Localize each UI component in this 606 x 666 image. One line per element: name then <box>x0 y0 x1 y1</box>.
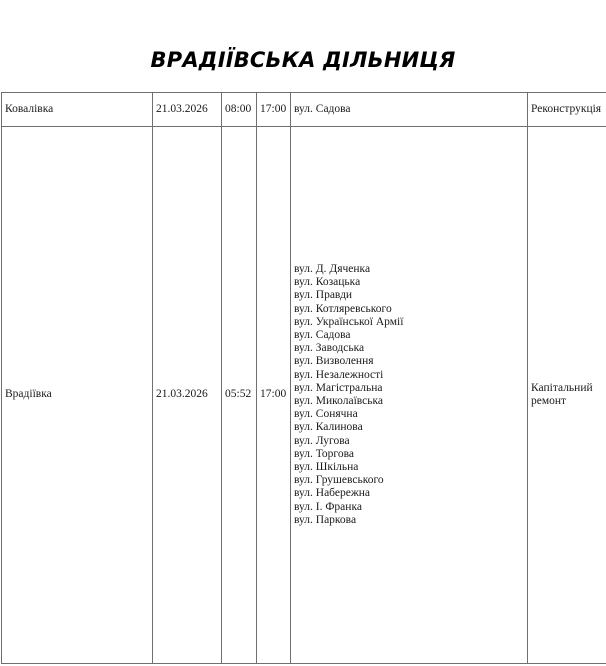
street-item: вул. Миколаївська <box>294 395 524 408</box>
street-item: вул. Паркова <box>294 514 524 527</box>
settlement-cell: Ковалівка <box>2 93 153 127</box>
streets-cell: вул. Садова <box>291 93 528 127</box>
reason-cell: Реконструкція <box>528 93 606 127</box>
time-to-cell: 17:00 <box>257 93 291 127</box>
street-item: вул. Д. Дяченка <box>294 263 524 276</box>
street-item: вул. Заводська <box>294 342 524 355</box>
street-item: вул. Української Армії <box>294 316 524 329</box>
street-item: вул. Сонячна <box>294 408 524 421</box>
reason-cell: Капітальний ремонт <box>528 127 606 664</box>
street-item: вул. Набережна <box>294 487 524 500</box>
date-cell: 21.03.2026 <box>153 93 222 127</box>
street-list: вул. Садова <box>294 103 524 116</box>
time-from-cell: 08:00 <box>222 93 257 127</box>
street-item: вул. Калинова <box>294 421 524 434</box>
street-item: вул. Шкільна <box>294 461 524 474</box>
streets-cell: вул. Д. Дяченкавул. Козацькавул. Правдив… <box>291 127 528 664</box>
street-item: вул. Садова <box>294 329 524 342</box>
time-to-cell: 17:00 <box>257 127 291 664</box>
street-item: вул. Правди <box>294 289 524 302</box>
street-item: вул. Незалежності <box>294 369 524 382</box>
table-row: Врадіївка 21.03.2026 05:52 17:00 вул. Д.… <box>2 127 606 664</box>
street-item: вул. Грушевського <box>294 474 524 487</box>
table-row: Ковалівка 21.03.2026 08:00 17:00 вул. Са… <box>2 93 606 127</box>
street-item: вул. Садова <box>294 103 524 116</box>
settlement-cell: Врадіївка <box>2 127 153 664</box>
street-item: вул. Лугова <box>294 435 524 448</box>
outage-schedule-table: Ковалівка 21.03.2026 08:00 17:00 вул. Са… <box>1 92 606 664</box>
street-item: вул. Магістральна <box>294 382 524 395</box>
street-item: вул. Визволення <box>294 355 524 368</box>
street-list: вул. Д. Дяченкавул. Козацькавул. Правдив… <box>294 263 524 527</box>
street-item: вул. І. Франка <box>294 501 524 514</box>
date-cell: 21.03.2026 <box>153 127 222 664</box>
page-title: ВРАДІЇВСЬКА ДІЛЬНИЦЯ <box>0 48 606 72</box>
time-from-cell: 05:52 <box>222 127 257 664</box>
street-item: вул. Котляревського <box>294 303 524 316</box>
street-item: вул. Торгова <box>294 448 524 461</box>
street-item: вул. Козацька <box>294 276 524 289</box>
